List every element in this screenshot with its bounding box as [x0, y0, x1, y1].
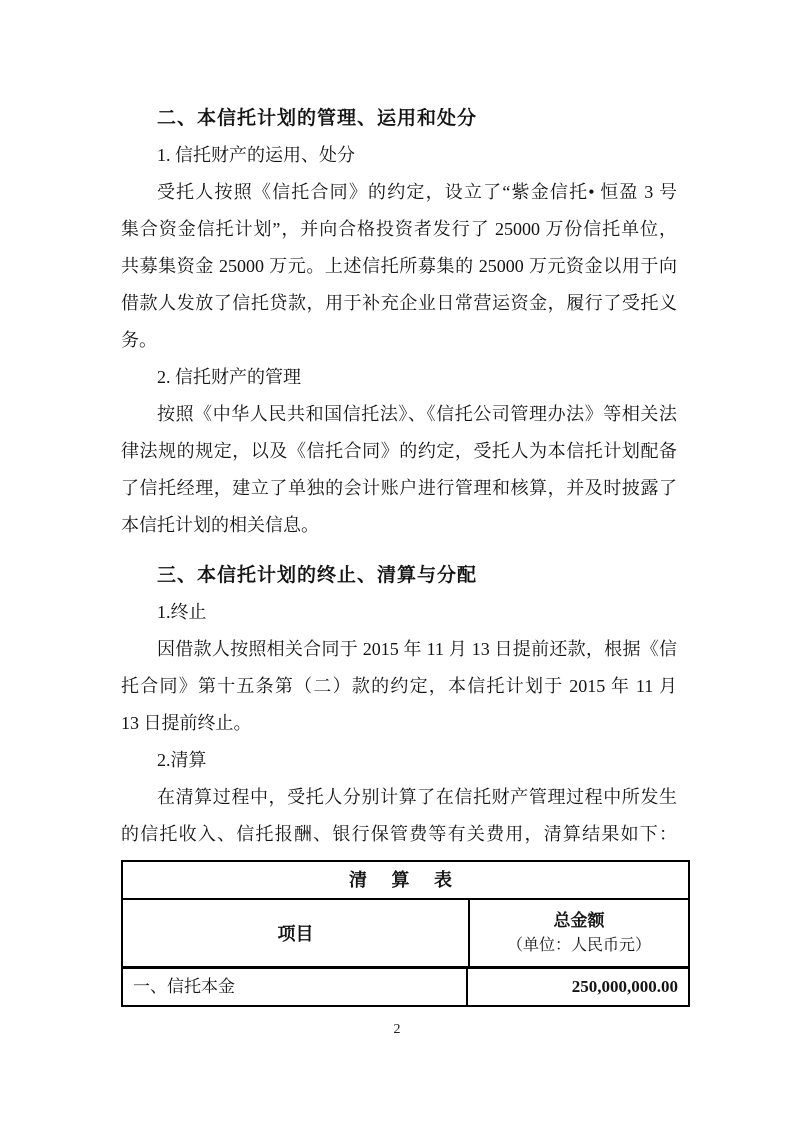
- table-header-amount-unit: （单位：人民币元）: [507, 934, 651, 958]
- section3-heading: 三、本信托计划的终止、清算与分配: [121, 557, 677, 594]
- paragraph-line: 13 日提前终止。: [121, 705, 677, 742]
- paragraph-line: 集合资金信托计划”，并向合格投资者发行了 25000 万份信托单位，: [121, 211, 677, 248]
- table-row: 一、信托本金 250,000,000.00: [123, 969, 688, 1005]
- paragraph-line: 了信托经理，建立了单独的会计账户进行管理和核算，并及时披露了: [121, 470, 677, 507]
- paragraph-line: 律法规的规定，以及《信托合同》的约定，受托人为本信托计划配备: [121, 433, 677, 470]
- paragraph-line: 务。: [121, 322, 677, 359]
- table-title: 清 算 表: [123, 862, 688, 900]
- paragraph-line: 按照《中华人民共和国信托法》、《信托公司管理办法》等相关法: [121, 396, 677, 433]
- table-header-row: 项目 总金额 （单位：人民币元）: [123, 900, 688, 969]
- paragraph-line: 的信托收入、信托报酬、银行保管费等有关费用，清算结果如下：: [121, 816, 677, 853]
- paragraph-line: 本信托计划的相关信息。: [121, 507, 677, 544]
- section3-subheading-1: 1.终止: [121, 594, 677, 631]
- paragraph-line: 因借款人按照相关合同于 2015 年 11 月 13 日提前还款，根据《信: [121, 631, 677, 668]
- page-number: 2: [0, 1022, 794, 1038]
- paragraph-line: 共募集资金 25000 万元。上述信托所募集的 25000 万元资金以用于向: [121, 248, 677, 285]
- document-page: 二、本信托计划的管理、运用和处分 1. 信托财产的运用、处分 受托人按照《信托合…: [0, 0, 794, 1123]
- section2-heading: 二、本信托计划的管理、运用和处分: [121, 100, 677, 137]
- table-cell-amount: 250,000,000.00: [468, 969, 688, 1005]
- paragraph-line: 受托人按照《信托合同》的约定，设立了“紫金信托• 恒盈 3 号: [121, 174, 677, 211]
- paragraph-line: 借款人发放了信托贷款，用于补充企业日常营运资金，履行了受托义: [121, 285, 677, 322]
- section3-subheading-2: 2.清算: [121, 742, 677, 779]
- section2-subheading-2: 2. 信托财产的管理: [121, 359, 677, 396]
- document-content: 二、本信托计划的管理、运用和处分 1. 信托财产的运用、处分 受托人按照《信托合…: [121, 100, 677, 1007]
- liquidation-table: 清 算 表 项目 总金额 （单位：人民币元） 一、信托本金 250,000,00…: [121, 860, 690, 1007]
- table-cell-item: 一、信托本金: [123, 969, 468, 1005]
- paragraph-line: 托合同》第十五条第（二）款的约定，本信托计划于 2015 年 11 月: [121, 668, 677, 705]
- table-header-amount: 总金额 （单位：人民币元）: [470, 900, 688, 966]
- section2-subheading-1: 1. 信托财产的运用、处分: [121, 137, 677, 174]
- table-header-amount-label: 总金额: [554, 908, 605, 934]
- paragraph-line: 在清算过程中，受托人分别计算了在信托财产管理过程中所发生: [121, 779, 677, 816]
- table-header-item: 项目: [123, 900, 470, 966]
